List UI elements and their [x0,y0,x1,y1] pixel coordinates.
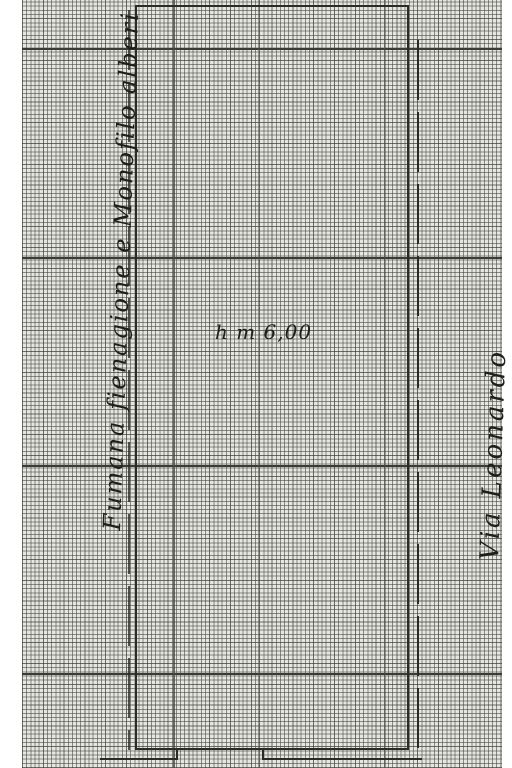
grid-major-line [22,48,502,50]
wall-right [407,5,409,750]
door-jamb [176,748,178,760]
grid-major-line [22,257,502,259]
door-jamb [262,748,264,760]
grid-major-line [384,0,386,768]
wall-top [135,5,409,7]
grid-major-line [258,0,260,768]
height-label: h m 6,00 [215,320,312,344]
grid-major-line [173,0,175,768]
outer-wall-bottom-left [100,758,178,760]
grid-major-line [22,465,502,467]
outer-wall-bottom-right [262,758,422,760]
right-annotation-street: Via Leonardo [475,348,512,561]
graph-paper-sheet [22,0,502,768]
outer-wall-right-dashed [417,40,419,760]
grid-major-line [22,673,502,675]
